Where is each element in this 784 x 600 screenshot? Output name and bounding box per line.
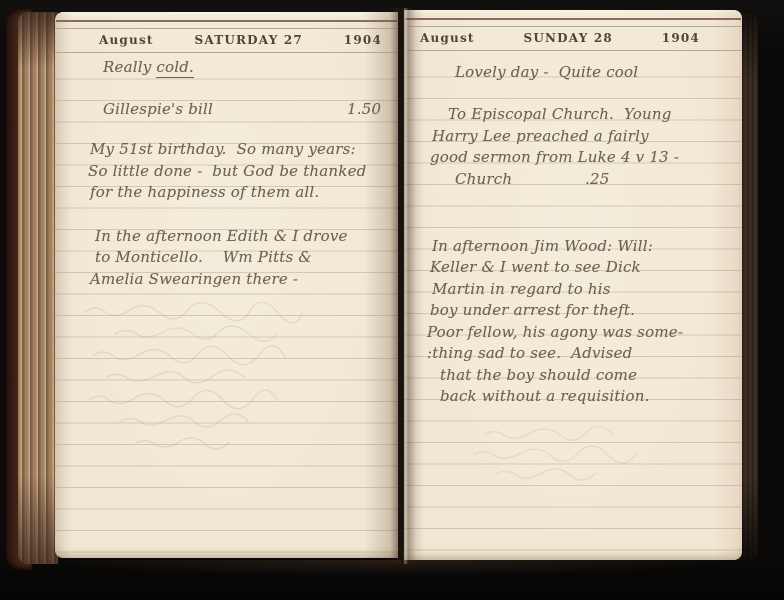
diary-entry-line: good sermon from Luke 4 v 13 - <box>430 148 679 166</box>
header-year: 1904 <box>662 31 700 45</box>
diary-entry-line: My 51st birthday. So many years: <box>90 140 356 158</box>
diary-entry-line: that the boy should come <box>440 366 637 384</box>
diary-entry-line: In afternoon Jim Wood: Will: <box>432 237 653 255</box>
diary-entry-line: Church.25 <box>455 170 655 188</box>
diary-page-saturday-27: August SATURDAY 27 1904 Really cold. Gil… <box>55 12 398 558</box>
diary-entry-line: Martin in regard to his <box>432 280 611 298</box>
header-year: 1904 <box>344 33 382 47</box>
expense-amount: 1.50 <box>347 100 381 118</box>
header-day: SATURDAY 27 <box>195 33 303 47</box>
header-month: August <box>99 33 154 47</box>
diary-entry-line: Gillespie's bill1.50 <box>103 100 383 118</box>
diary-entry-line: Lovely day - Quite cool <box>455 63 638 81</box>
book-gutter-shadow <box>390 8 416 564</box>
header-month: August <box>420 31 475 45</box>
diary-entry-line: Harry Lee preached a fairly <box>432 127 649 145</box>
diary-entry-line: boy under arrest for theft. <box>430 301 635 319</box>
underlined-word: cold. <box>156 58 194 78</box>
diary-entry-line: :thing sad to see. Advised <box>427 344 632 362</box>
page-header: August SATURDAY 27 1904 <box>55 20 398 53</box>
left-page-edge-stack <box>18 12 58 564</box>
diary-entry-line: Poor fellow, his agony was some- <box>427 323 683 341</box>
diary-entry-line: To Episcopal Church. Young <box>448 105 672 123</box>
diary-entry-line: So little done - but God be thanked <box>88 162 366 180</box>
ruled-lines <box>55 58 398 558</box>
diary-entry-line: back without a requisition. <box>440 387 650 405</box>
expense-amount: .25 <box>585 170 609 188</box>
diary-entry-line: to Monticello. Wm Pitts & <box>95 248 312 266</box>
header-day: SUNDAY 28 <box>523 31 612 45</box>
page-header: August SUNDAY 28 1904 <box>404 18 742 51</box>
diary-entry-line: Keller & I went to see Dick <box>430 258 641 276</box>
diary-entry-line: Really cold. <box>103 58 194 76</box>
diary-book-scan: August SATURDAY 27 1904 Really cold. Gil… <box>0 0 784 600</box>
diary-entry-line: for the happiness of them all. <box>90 183 319 201</box>
header-top-rule <box>405 18 741 20</box>
book-bottom-shadow <box>30 560 746 576</box>
header-top-rule <box>56 20 397 22</box>
diary-entry-line: Amelia Swearingen there - <box>90 270 298 288</box>
diary-page-sunday-28: August SUNDAY 28 1904 Lovely day - Quite… <box>404 10 742 560</box>
diary-entry-line: In the afternoon Edith & I drove <box>95 227 348 245</box>
